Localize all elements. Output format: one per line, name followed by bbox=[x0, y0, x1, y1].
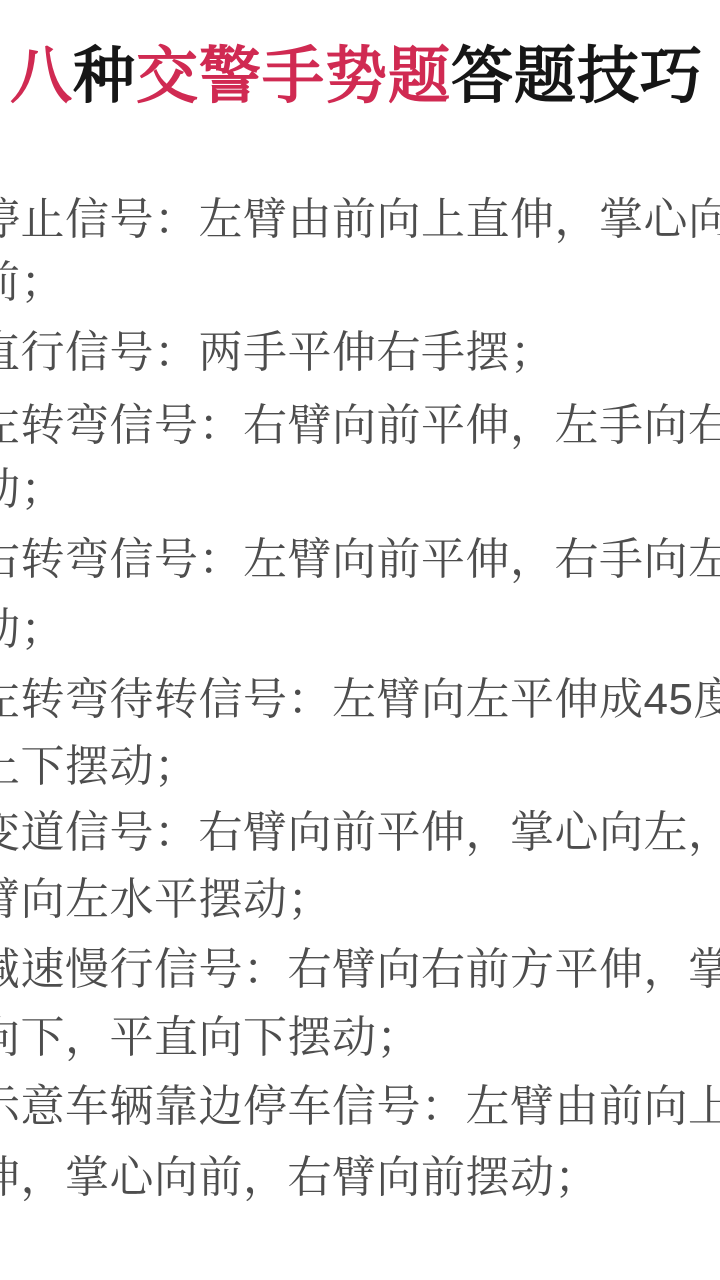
body-line: 动； bbox=[0, 466, 65, 514]
body-line: 臂向左水平摆动； bbox=[0, 876, 332, 924]
body-line: 伸，掌心向前，右臂向前摆动； bbox=[0, 1154, 599, 1202]
title-segment: 交警手势题 bbox=[136, 42, 451, 111]
body-line: 左转弯待转信号：左臂向左平伸成45度 bbox=[0, 676, 720, 724]
body-line: 减速慢行信号：右臂向右前方平伸，掌 bbox=[0, 946, 720, 994]
body-line: 停止信号：左臂由前向上直伸，掌心向 bbox=[0, 196, 720, 244]
title-segment: 答题技巧 bbox=[451, 42, 703, 111]
body-line: 变道信号：右臂向前平伸，掌心向左， bbox=[0, 809, 720, 857]
title-segment: 种 bbox=[73, 42, 136, 111]
title-segment: 八 bbox=[10, 42, 73, 111]
page-title: 八种交警手势题答题技巧 bbox=[10, 41, 703, 112]
body-line: 上下摆动； bbox=[0, 743, 199, 791]
body-line: 直行信号：两手平伸右手摆； bbox=[0, 329, 555, 377]
body-line: 示意车辆靠边停车信号：左臂由前向上 bbox=[0, 1083, 720, 1131]
body-line: 右转弯信号：左臂向前平伸，右手向左 bbox=[0, 536, 720, 584]
body-line: 向下，平直向下摆动； bbox=[0, 1014, 421, 1062]
text-poster: 八种交警手势题答题技巧 停止信号：左臂由前向上直伸，掌心向 前； 直行信号：两手… bbox=[0, 0, 720, 1280]
body-line: 动； bbox=[0, 606, 65, 654]
body-line: 左转弯信号：右臂向前平伸，左手向右 bbox=[0, 402, 720, 450]
body-line: 前； bbox=[0, 259, 65, 307]
